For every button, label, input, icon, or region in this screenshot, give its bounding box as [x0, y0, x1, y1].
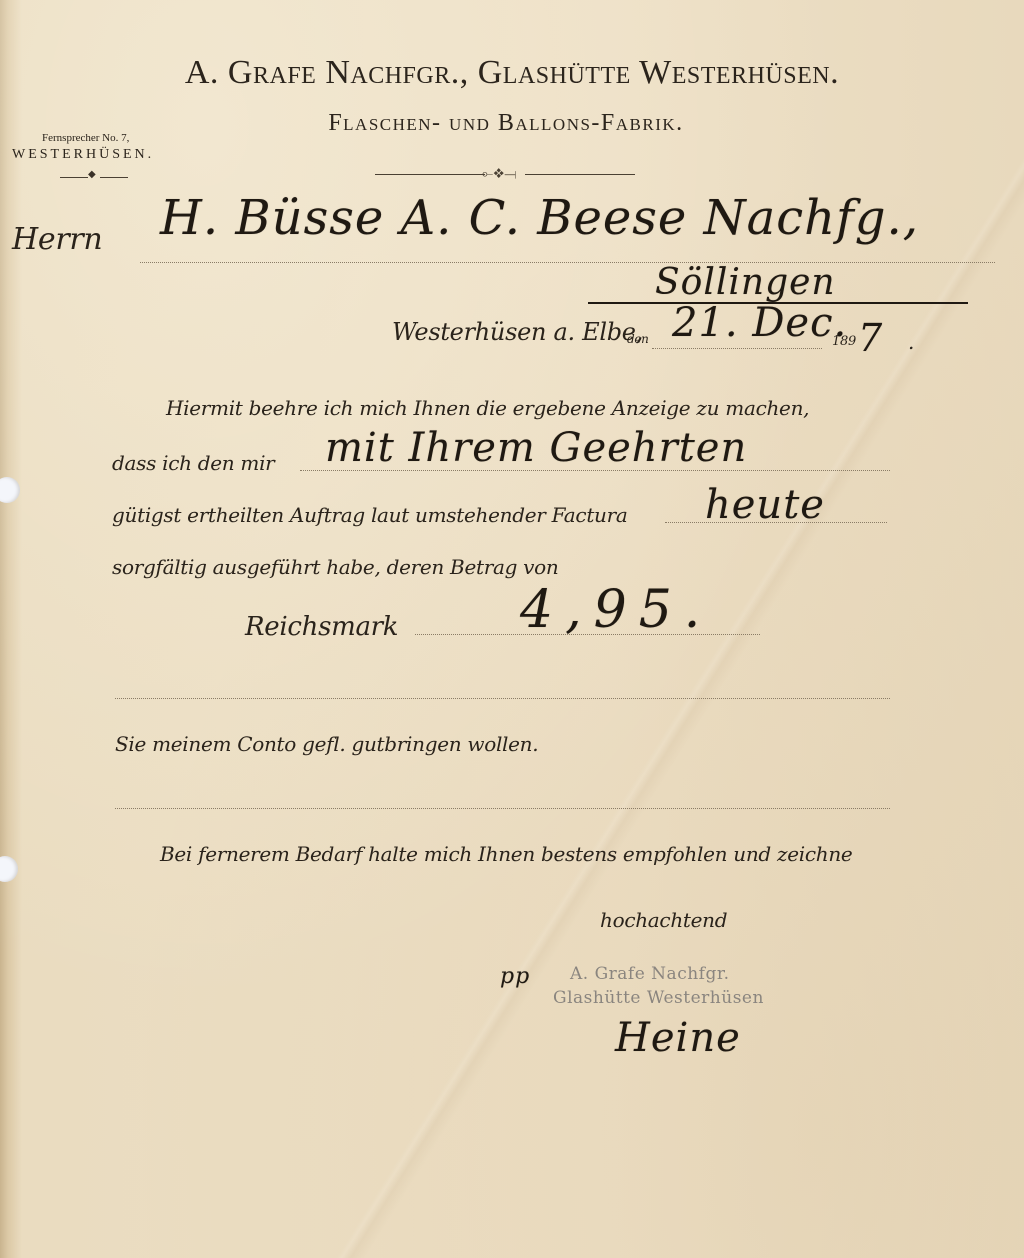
body-line-3: gütigst ertheilten Auftrag laut umstehen…	[112, 503, 628, 527]
year-prefix: 189	[832, 334, 856, 349]
letter-page: A. Grafe Nachfgr., Glashütte Westerhüsen…	[0, 0, 1024, 1258]
phone-label: Fernsprecher No. 7,	[42, 132, 129, 144]
divider-left-b	[100, 177, 128, 178]
fold-crease	[0, 0, 1024, 1258]
year-suffix: 7	[858, 316, 883, 360]
line-2-handwritten: mit Ihrem Geehrten	[325, 425, 747, 471]
divider-center-left	[375, 174, 485, 175]
closing: hochachtend	[600, 908, 727, 932]
signature: Heine	[615, 1015, 741, 1061]
salutation: Herrn	[12, 222, 102, 257]
firm-subtitle: Flaschen- und Ballons-Fabrik.	[0, 110, 1012, 137]
punch-hole-bottom	[0, 856, 18, 882]
blank-dotted-line-2	[115, 808, 890, 809]
firm-name: A. Grafe Nachfgr., Glashütte Westerhüsen…	[0, 54, 1024, 92]
divider-left-a	[60, 177, 88, 178]
den-label: den	[627, 332, 649, 346]
date-period: .	[908, 330, 914, 354]
body-line-4: sorgfältig ausgeführt habe, deren Betrag…	[112, 555, 558, 579]
place: Westerhüsen a. Elbe,	[392, 318, 643, 346]
currency-label: Reichsmark	[245, 612, 398, 642]
stamp-line-2: Glashütte Westerhüsen	[553, 988, 764, 1008]
blank-dotted-line-1	[115, 698, 890, 699]
body-line-2: dass ich den mir	[112, 451, 274, 475]
recipient-dotted-line	[140, 262, 995, 263]
body-line-1: Hiermit beehre ich mich Ihnen die ergebe…	[166, 396, 809, 420]
phone-town: WESTERHÜSEN.	[12, 147, 154, 163]
flourish-ornament-icon: ⟜❖⟞	[482, 166, 516, 182]
stamp-line-1: A. Grafe Nachfgr.	[570, 964, 730, 984]
diamond-ornament-icon: ◆	[88, 169, 96, 180]
line-3-handwritten: heute	[705, 482, 825, 528]
divider-center-right	[525, 174, 635, 175]
recipient-town: Söllingen	[655, 262, 836, 303]
date-dotted-line	[652, 348, 822, 349]
punch-hole-top	[0, 477, 20, 503]
recipient-name: H. Büsse A. C. Beese Nachfg.,	[160, 190, 919, 246]
date-handwritten: 21. Dec.	[672, 300, 847, 346]
body-line-5: Sie meinem Conto gefl. gutbringen wollen…	[115, 732, 538, 756]
per-procura-mark: pp	[500, 964, 530, 989]
amount-handwritten: 4,95.	[520, 580, 712, 640]
body-line-6: Bei fernerem Bedarf halte mich Ihnen bes…	[160, 842, 852, 866]
